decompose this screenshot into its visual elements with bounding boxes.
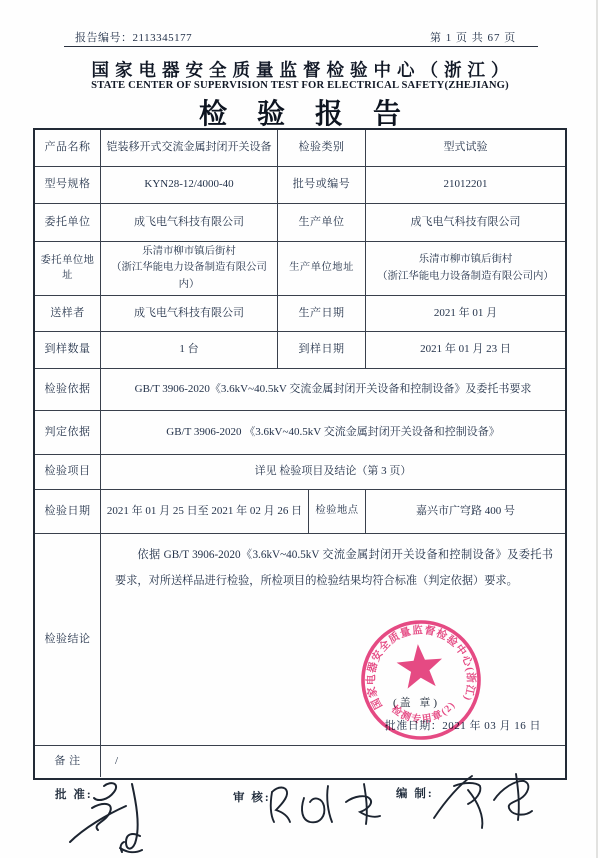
test-date-value: 2021 年 01 月 25 日至 2021 年 02 月 26 日 bbox=[101, 490, 309, 533]
report-number-value: 2113345177 bbox=[133, 32, 193, 44]
manufacturer-value: 成飞电气科技有限公司 bbox=[366, 204, 565, 241]
test-location-value: 嘉兴市广穹路 400 号 bbox=[366, 490, 565, 533]
report-page: 报告编号：2113345177 第 1 页 共 67 页 国家电器安全质量监督检… bbox=[0, 0, 600, 858]
seal-star-icon bbox=[395, 642, 444, 689]
header-rule bbox=[64, 46, 538, 47]
manufacturer-label: 生产单位 bbox=[278, 204, 366, 241]
table-row-model: 型号规格 KYN28-12/4000-40 批号或编号 21012201 bbox=[35, 167, 565, 204]
table-row-product: 产品名称 铠装移开式交流金属封闭开关设备 检验类别 型式试验 bbox=[35, 130, 565, 167]
product-name-value: 铠装移开式交流金属封闭开关设备 bbox=[101, 130, 278, 166]
manufacturer-address-label: 生产单位地址 bbox=[278, 242, 366, 295]
batch-no-label: 批号或编号 bbox=[278, 167, 366, 203]
arrival-date-value: 2021 年 01 月 23 日 bbox=[366, 332, 565, 368]
production-date-value: 2021 年 01 月 bbox=[366, 296, 565, 331]
client-address-value: 乐清市柳市镇后街村 （浙江华能电力设备制造有限公司内） bbox=[101, 242, 278, 295]
test-category-value: 型式试验 bbox=[366, 130, 565, 166]
test-items-value: 详见 检验项目及结论（第 3 页） bbox=[101, 455, 565, 489]
batch-no-value: 21012201 bbox=[366, 167, 565, 203]
production-date-label: 生产日期 bbox=[278, 296, 366, 331]
judge-basis-value: GB/T 3906-2020 《3.6kV~40.5kV 交流金属封闭开关设备和… bbox=[101, 411, 565, 454]
sampler-label: 送样者 bbox=[35, 296, 101, 331]
table-row-test-date: 检验日期 2021 年 01 月 25 日至 2021 年 02 月 26 日 … bbox=[35, 490, 565, 534]
client-address-label: 委托单位地址 bbox=[35, 242, 101, 295]
test-basis-value: GB/T 3906-2020《3.6kV~40.5kV 交流金属封闭开关设备和控… bbox=[101, 369, 565, 410]
client-address-line2: （浙江华能电力设备制造有限公司内） bbox=[104, 260, 274, 292]
product-name-label: 产品名称 bbox=[35, 130, 101, 166]
official-seal-stamp: 国家电器安全质量监督检验中心(浙江) 检测专用章(2) bbox=[345, 604, 497, 756]
report-number-label: 报告编号： bbox=[75, 32, 133, 44]
manufacturer-address-value: 乐清市柳市镇后街村 （浙江华能电力设备制造有限公司内） bbox=[366, 242, 565, 295]
table-row-address: 委托单位地址 乐清市柳市镇后街村 （浙江华能电力设备制造有限公司内） 生产单位地… bbox=[35, 242, 565, 296]
test-items-label: 检验项目 bbox=[35, 455, 101, 489]
sample-quantity-value: 1 台 bbox=[101, 332, 278, 368]
remark-label: 备 注 bbox=[35, 746, 101, 777]
arrival-date-label: 到样日期 bbox=[278, 332, 366, 368]
seal-bottom-text: 检测专用章(2) bbox=[388, 697, 459, 729]
manufacturer-address-line1: 乐清市柳市镇后街村 bbox=[419, 252, 513, 268]
test-location-label: 检验地点 bbox=[309, 490, 366, 533]
center-title-en: STATE CENTER OF SUPERVISION TEST FOR ELE… bbox=[0, 80, 600, 91]
conclusion-label: 检验结论 bbox=[35, 534, 101, 745]
table-row-client: 委托单位 成飞电气科技有限公司 生产单位 成飞电气科技有限公司 bbox=[35, 204, 565, 242]
report-table: 产品名称 铠装移开式交流金属封闭开关设备 检验类别 型式试验 型号规格 KYN2… bbox=[33, 128, 567, 780]
report-number: 报告编号：2113345177 bbox=[75, 29, 192, 45]
test-category-label: 检验类别 bbox=[278, 130, 366, 166]
reviewer-signature bbox=[266, 778, 391, 833]
table-row-judge-basis: 判定依据 GB/T 3906-2020 《3.6kV~40.5kV 交流金属封闭… bbox=[35, 411, 565, 455]
test-date-label: 检验日期 bbox=[35, 490, 101, 533]
model-spec-label: 型号规格 bbox=[35, 167, 101, 203]
center-title-cn: 国家电器安全质量监督检验中心（浙江） bbox=[0, 57, 600, 82]
model-spec-value: KYN28-12/4000-40 bbox=[101, 167, 278, 203]
table-row-sampler: 送样者 成飞电气科技有限公司 生产日期 2021 年 01 月 bbox=[35, 296, 565, 332]
judge-basis-label: 判定依据 bbox=[35, 411, 101, 454]
sampler-value: 成飞电气科技有限公司 bbox=[101, 296, 278, 331]
client-label: 委托单位 bbox=[35, 204, 101, 241]
table-row-test-items: 检验项目 详见 检验项目及结论（第 3 页） bbox=[35, 455, 565, 490]
table-row-conclusion: 检验结论 依据 GB/T 3906-2020《3.6kV~40.5kV 交流金属… bbox=[35, 534, 565, 746]
compiler-signature bbox=[428, 772, 543, 832]
manufacturer-address-line2: （浙江华能电力设备制造有限公司内） bbox=[377, 269, 554, 285]
table-row-test-basis: 检验依据 GB/T 3906-2020《3.6kV~40.5kV 交流金属封闭开… bbox=[35, 369, 565, 411]
test-basis-label: 检验依据 bbox=[35, 369, 101, 410]
svg-text:检测专用章(2): 检测专用章(2) bbox=[388, 697, 459, 729]
client-address-line1: 乐清市柳市镇后街村 bbox=[142, 244, 236, 260]
conclusion-text: 依据 GB/T 3906-2020《3.6kV~40.5kV 交流金属封闭开关设… bbox=[115, 542, 553, 594]
page-indicator: 第 1 页 共 67 页 bbox=[430, 29, 516, 45]
page-title: 检验报告 bbox=[0, 92, 600, 132]
table-row-quantity: 到样数量 1 台 到样日期 2021 年 01 月 23 日 bbox=[35, 332, 565, 369]
client-value: 成飞电气科技有限公司 bbox=[101, 204, 278, 241]
conclusion-cell: 依据 GB/T 3906-2020《3.6kV~40.5kV 交流金属封闭开关设… bbox=[101, 534, 565, 745]
approver-signature bbox=[62, 780, 182, 858]
sample-quantity-label: 到样数量 bbox=[35, 332, 101, 368]
